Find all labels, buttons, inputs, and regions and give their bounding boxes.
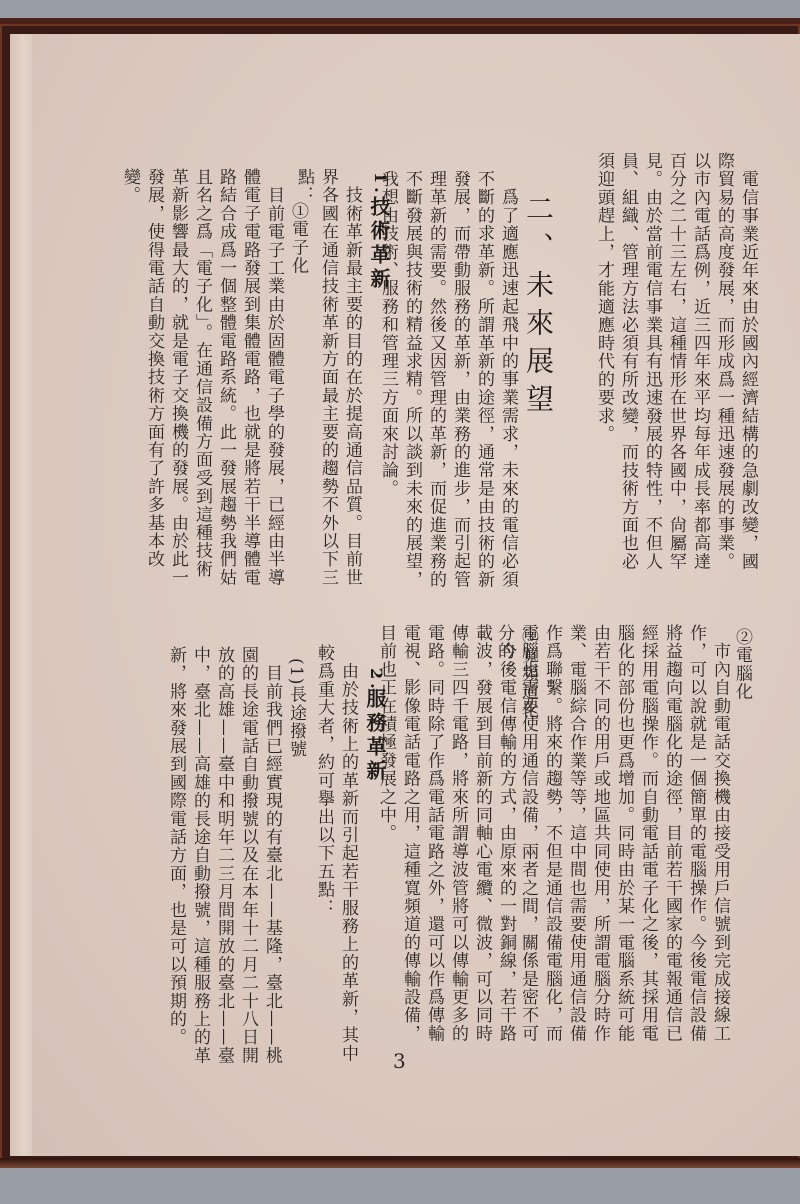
item-4-title: (1)長途撥號: [282, 658, 308, 768]
subsection-1-number: 1.: [371, 172, 390, 197]
subsection-1-heading: 技術革新: [365, 196, 394, 316]
subsection-2-paragraph: 由於技術上的革新而引起若干服務上的革新，其中較爲重大者，約可擧出以下五點：: [308, 644, 360, 1064]
subsection-2-heading: 服務革新: [361, 688, 390, 808]
intro-paragraph: 電信事業近年來由於國內經濟結構的急劇改變，國際貿易的高度發展，而形成爲一種迅速發…: [560, 152, 760, 572]
page-gutter: [10, 34, 32, 1156]
item-1-paragraph: 目前電子工業由於固體電子學的發展，已經由半導體電子電路發展到集體電路，也就是將若…: [136, 168, 286, 588]
book-page: 電信事業近年來由於國內經濟結構的急劇改變，國際貿易的高度發展，而形成爲一種迅速發…: [10, 34, 800, 1156]
item-4-paragraph: 目前我們已經實現的有臺北——基隆，臺北——桃園的長途電話自動撥號以及在本年十二月…: [154, 646, 284, 1066]
section-heading-future-outlook: 二、未來展望: [518, 194, 558, 454]
subsection-1-paragraph: 技術革新最主要的目的在於提高通信品質。目前世界各國在通信技術革新方面最主要的趨勢…: [312, 168, 364, 588]
item-3-paragraph: 今後電信傳輸的方式，由原來的一對銅線，若干路載波，發展到目前新的同軸心電纜、微波…: [378, 624, 518, 1044]
page-number: 3: [393, 1049, 406, 1073]
item-2-paragraph: 市內自動電話交換機由接受用戶信號到完成接線工作，可以說就是一個簡單的電腦操作。今…: [532, 624, 732, 1044]
item-1-title: ①電子化: [284, 202, 310, 302]
book-cover-edge: [0, 1158, 800, 1168]
